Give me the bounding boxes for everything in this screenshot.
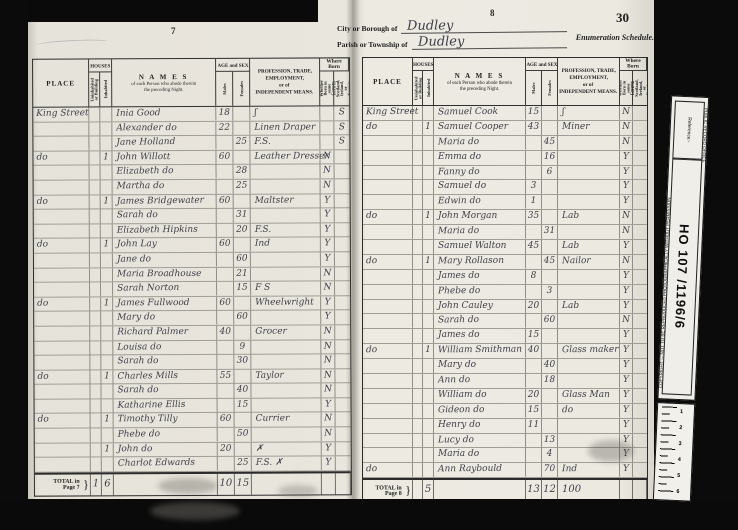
borough-value: Dudley: [401, 19, 567, 34]
stain: [588, 440, 634, 462]
table-cell: 60: [542, 314, 558, 328]
table-row: Martha do25N: [34, 179, 350, 195]
table-cell: King Street: [33, 107, 89, 121]
table-cell: 45: [526, 240, 542, 254]
table-cell: [34, 385, 90, 399]
table-cell: 1: [101, 239, 113, 253]
col-born-county: Whether Born in same County: [320, 71, 334, 105]
table-cell: [423, 270, 434, 284]
table-cell: Y: [321, 194, 335, 208]
table-cell: [542, 121, 558, 135]
table-cell: do: [363, 255, 413, 269]
table-cell: [34, 253, 90, 267]
table-cell: Emma do: [434, 151, 526, 165]
table-cell: 60: [234, 253, 251, 267]
table-cell: Samuel Cook: [434, 106, 526, 121]
table-cell: [90, 326, 101, 340]
col-houses: HOUSES: [89, 59, 112, 72]
table-cell: [34, 312, 90, 326]
table-cell: [252, 427, 322, 442]
table-cell: [558, 165, 620, 179]
table-cell: [363, 270, 413, 284]
table-cell: [558, 225, 620, 239]
table-cell: ✗: [252, 442, 322, 456]
table-cell: [633, 166, 647, 180]
table-cell: 18: [216, 107, 233, 121]
table-cell: [542, 240, 558, 254]
table-cell: [217, 311, 234, 325]
table-cell: 60: [217, 297, 234, 311]
table-cell: [91, 443, 102, 457]
table-cell: [542, 180, 558, 194]
table-cell: [363, 448, 413, 462]
stain: [150, 502, 240, 520]
table-cell: [101, 210, 113, 224]
table-cell: Inia Good: [112, 106, 216, 121]
table-cell: Y: [321, 238, 335, 252]
table-cell: Mary Rollason: [434, 255, 526, 270]
table-cell: Y: [620, 285, 633, 299]
ruler-number: 2: [679, 425, 682, 431]
table-row: Jane Holland25F.S.S: [33, 135, 349, 151]
table-cell: [101, 355, 113, 369]
table-cell: [558, 270, 620, 284]
table-cell: [363, 404, 413, 418]
table-cell: [34, 341, 90, 355]
table-cell: N: [620, 314, 633, 328]
table-cell: Sarah Norton: [113, 282, 217, 297]
table-cell: Edwin do: [434, 195, 526, 210]
borough-label: City or Borough of: [337, 24, 397, 33]
table-cell: Sarah do: [434, 314, 526, 329]
table-cell: [413, 136, 423, 150]
table-cell: Sarah do: [113, 384, 217, 398]
table-cell: [251, 179, 321, 193]
col-females: Females: [233, 72, 250, 106]
table-cell: [363, 359, 413, 373]
table-cell: [101, 341, 113, 355]
table-cell: [90, 385, 101, 399]
table-cell: Jane Holland: [112, 136, 216, 151]
table-cell: [413, 404, 423, 418]
table-cell: 31: [542, 225, 558, 239]
table-cell: 31: [234, 209, 251, 223]
table-cell: Katharine Ellis: [113, 398, 217, 413]
col-place: PLACE: [363, 58, 413, 105]
ruler-number: 4: [678, 457, 681, 463]
table-cell: N: [620, 106, 633, 120]
table-cell: [423, 389, 434, 403]
ruler-number: 3: [678, 441, 681, 447]
table-cell: [101, 326, 113, 340]
table-cell: Mary do: [434, 359, 526, 373]
table-cell: Y: [321, 311, 335, 325]
table-cell: [633, 136, 647, 150]
table-cell: Phebe do: [434, 284, 526, 299]
table-row: Edwin do1Y: [363, 195, 647, 210]
table-cell: 60: [217, 194, 234, 208]
table-cell: do: [33, 151, 89, 165]
table-cell: [100, 136, 112, 150]
table-cell: Maria do: [434, 135, 526, 150]
table-cell: [413, 329, 423, 343]
table-cell: [102, 428, 114, 442]
table-cell: [413, 285, 423, 299]
table-cell: [413, 419, 423, 433]
table-cell: Gideon do: [434, 403, 526, 418]
folio-number: 30: [616, 10, 629, 26]
table-cell: Y: [620, 180, 633, 194]
table-cell: [251, 209, 321, 223]
table-cell: do: [363, 344, 413, 358]
table-cell: [633, 448, 647, 462]
stain: [278, 485, 318, 497]
table-cell: 20: [234, 223, 251, 237]
table-cell: [526, 285, 542, 299]
table-cell: Y: [620, 463, 633, 477]
table-cell: [33, 136, 89, 150]
col-profession: PROFESSION, TRADE, EMPLOYMENT, or of IND…: [558, 58, 620, 105]
table-cell: do: [34, 195, 90, 209]
table-cell: [633, 389, 647, 403]
col-where-born: Where Born: [620, 58, 647, 71]
table-cell: do: [34, 239, 90, 253]
table-cell: [423, 166, 434, 180]
table-cell: [423, 240, 434, 254]
table-row: Elizabeth do28N: [34, 165, 350, 181]
table-cell: [633, 419, 647, 433]
table-cell: Y: [620, 300, 633, 314]
table-cell: 25: [235, 457, 252, 471]
table-cell: [363, 389, 413, 403]
page-number-right: 8: [490, 8, 495, 18]
census-scan-viewport: 7 PLACE HOUSES Uninhabited or Building I…: [0, 0, 738, 530]
table-cell: Timothy Tilly: [114, 413, 218, 427]
table-cell: Wheelwright: [251, 296, 321, 310]
table-cell: 50: [235, 428, 252, 442]
table-cell: 15: [526, 404, 542, 418]
table-cell: Glass maker: [558, 344, 620, 358]
table-cell: [413, 255, 423, 269]
table-row: doAnn Raybould70IndY: [363, 463, 647, 478]
table-cell: Lab: [558, 240, 620, 254]
table-cell: F.S.: [250, 135, 320, 150]
table-cell: [423, 434, 434, 448]
table-cell: [101, 385, 113, 399]
table-cell: Alexander do: [112, 121, 216, 135]
table-cell: [633, 195, 647, 209]
table-row: James do15Y: [363, 329, 647, 344]
table-cell: [413, 240, 423, 254]
table-cell: 1: [100, 151, 112, 165]
table-cell: [363, 314, 413, 328]
table-cell: [101, 312, 113, 326]
table-cell: Y: [620, 195, 633, 209]
film-border-top: [0, 0, 318, 22]
table-cell: Lab: [558, 210, 620, 224]
table-header-left: PLACE HOUSES Uninhabited or Building Inh…: [33, 58, 349, 107]
table-cell: [91, 458, 102, 472]
table-cell: [558, 374, 620, 388]
table-cell: [90, 312, 101, 326]
table-cell: [526, 151, 542, 165]
table-row: Louisa do9N: [34, 340, 350, 356]
table-cell: [558, 359, 620, 373]
table-cell: 4: [542, 448, 558, 462]
col-inhabited: Inhabited: [100, 72, 112, 106]
table-cell: [216, 165, 233, 179]
table-cell: 1: [423, 210, 434, 224]
ruler-numbers: 123456: [676, 404, 684, 500]
census-page-right: PLACE HOUSES Uninhabited or Building Inh…: [352, 0, 654, 499]
table-cell: [526, 374, 542, 388]
table-cell: [413, 448, 423, 462]
total-females: 15: [235, 474, 252, 495]
table-cell: N: [321, 179, 335, 193]
document-paper: 7 PLACE HOUSES Uninhabited or Building I…: [28, 0, 654, 499]
table-cell: 30: [234, 355, 251, 369]
table-cell: [363, 195, 413, 209]
table-cell: [363, 240, 413, 254]
table-cell: [413, 195, 423, 209]
table-cell: [526, 255, 542, 269]
table-cell: 20: [526, 300, 542, 314]
table-cell: [251, 267, 321, 281]
table-cell: [633, 210, 647, 224]
table-cell: Henry do: [434, 419, 526, 433]
table-cell: N: [620, 225, 633, 239]
col-uninhabited: Uninhabited or Building: [413, 71, 423, 105]
table-cell: 35: [526, 210, 542, 224]
table-cell: [413, 225, 423, 239]
table-cell: [423, 195, 434, 209]
table-row: Samuel do3Y: [363, 180, 647, 195]
table-cell: [216, 136, 233, 150]
table-cell: King Street: [363, 106, 413, 120]
table-cell: [320, 106, 334, 120]
table-cell: [34, 268, 90, 282]
table-cell: [101, 399, 113, 413]
table-cell: [251, 355, 321, 369]
table-cell: [35, 457, 91, 471]
table-cell: [542, 210, 558, 224]
table-cell: [526, 136, 542, 150]
table-cell: [251, 310, 321, 325]
table-cell: [423, 285, 434, 299]
table-cell: N: [320, 150, 334, 164]
table-row: Sarah do31Y: [34, 208, 350, 224]
table-cell: Y: [322, 442, 336, 456]
table-cell: [217, 384, 234, 398]
table-cell: 60: [234, 311, 251, 325]
table-cell: [558, 314, 620, 328]
table-cell: [633, 121, 647, 135]
table-cell: 3: [526, 180, 542, 194]
table-cell: [217, 180, 234, 194]
table-cell: [413, 359, 423, 373]
census-page-left: 7 PLACE HOUSES Uninhabited or Building I…: [28, 0, 352, 499]
table-cell: [234, 369, 251, 383]
table-cell: Samuel do: [434, 180, 526, 194]
table-cell: N: [320, 165, 334, 179]
table-cell: Sarah do: [113, 209, 217, 223]
table-cell: Y: [321, 252, 335, 266]
table-cell: [526, 225, 542, 239]
table-cell: 1: [101, 297, 113, 311]
col-males: Males: [526, 71, 542, 105]
table-cell: 25: [233, 136, 250, 150]
table-cell: [633, 359, 647, 373]
table-cell: 1: [423, 344, 434, 358]
table-row: do1Mary Rollason45NailorN: [363, 255, 647, 270]
table-cell: 16: [542, 151, 558, 165]
table-cell: [558, 151, 620, 165]
table-cell: [101, 282, 113, 296]
table-cell: 9: [234, 340, 251, 354]
table-row: Charlot Edwards25F.S. ✗Y: [35, 457, 351, 473]
table-cell: [217, 340, 234, 354]
table-cell: [251, 340, 321, 355]
table-cell: [217, 399, 234, 413]
table-cell: N: [322, 427, 336, 441]
table-cell: 40: [526, 344, 542, 358]
table-cell: [89, 107, 100, 121]
table-row: King StreetSamuel Cook15ʃN: [363, 106, 647, 121]
table-cell: James do: [434, 270, 526, 284]
table-cell: [100, 122, 112, 136]
table-cell: N: [620, 136, 633, 150]
table-cell: [413, 389, 423, 403]
table-cell: [35, 443, 91, 457]
total-row-right: TOTAL inPage 8 } 5 13 12 100: [363, 478, 647, 501]
table-row: Mary do40Y: [363, 359, 647, 374]
table-row: do1Charles Mills55TaylorN: [34, 369, 350, 385]
table-cell: [423, 329, 434, 343]
table-row: Emma do16Y: [363, 151, 647, 166]
table-row: Henry do11Y: [363, 419, 647, 434]
table-row: do1Samuel Cooper43MinerN: [363, 121, 647, 136]
table-row: Sarah do40N: [34, 384, 350, 400]
table-cell: Richard Palmer: [113, 326, 217, 340]
table-cell: [217, 267, 234, 281]
table-cell: Ind: [558, 463, 620, 477]
table-cell: [363, 329, 413, 343]
table-cell: ʃ: [558, 106, 620, 120]
table-cell: [423, 359, 434, 373]
table-cell: Maria do: [434, 448, 526, 462]
table-cell: John do: [114, 443, 218, 457]
table-cell: [423, 300, 434, 314]
table-cell: Y: [322, 457, 336, 471]
table-cell: F.S. ✗: [252, 456, 322, 471]
table-cell: [90, 297, 101, 311]
table-cell: [423, 374, 434, 388]
table-cell: [542, 344, 558, 358]
table-row: James do8Y: [363, 270, 647, 285]
table-cell: [633, 463, 647, 477]
table-cell: Y: [321, 398, 335, 412]
table-row: Richard Palmer40GrocerN: [34, 325, 350, 341]
table-cell: [633, 300, 647, 314]
table-body-left: King StreetInia Good18ʃSAlexander do22Li…: [33, 106, 351, 472]
table-row: John Cauley20LabY: [363, 300, 647, 315]
table-cell: John Morgan: [434, 210, 526, 224]
table-cell: [526, 359, 542, 373]
table-cell: 15: [234, 282, 251, 296]
table-cell: 1: [423, 255, 434, 269]
table-cell: [35, 428, 91, 442]
table-cell: [423, 463, 434, 477]
table-cell: Ind: [251, 238, 321, 252]
table-cell: [101, 180, 113, 194]
table-cell: [233, 121, 250, 135]
table-cell: Grocer: [251, 325, 321, 339]
col-age-sex: AGE and SEX: [216, 59, 250, 72]
table-cell: 28: [233, 165, 250, 179]
table-cell: N: [321, 281, 335, 295]
table-cell: [363, 180, 413, 194]
table-cell: [90, 370, 101, 384]
table-cell: Y: [620, 151, 633, 165]
table-cell: [34, 224, 90, 238]
enumeration-schedule-label: Enumeration Schedule.: [556, 33, 654, 42]
reference-label: Reference:-: [672, 101, 705, 160]
table-cell: 15: [526, 329, 542, 343]
table-cell: [413, 344, 423, 358]
table-cell: 20: [218, 442, 235, 456]
table-cell: 60: [217, 238, 234, 252]
table-cell: [102, 458, 114, 472]
table-cell: [633, 106, 647, 120]
table-cell: 20: [526, 389, 542, 403]
table-row: do1William Smithman40Glass makerY: [363, 344, 647, 359]
table-cell: 55: [217, 369, 234, 383]
stain: [158, 478, 218, 494]
table-cell: [250, 165, 320, 180]
table-cell: [251, 252, 321, 267]
table-cell: N: [322, 413, 336, 427]
ruler-major-ticks: [658, 406, 677, 497]
table-cell: [633, 329, 647, 343]
table-cell: [542, 389, 558, 403]
table-row: Jane do60Y: [34, 252, 350, 268]
table-cell: N: [321, 369, 335, 383]
table-cell: [234, 296, 251, 310]
table-cell: [542, 270, 558, 284]
table-cell: [423, 419, 434, 433]
col-houses: HOUSES: [413, 58, 434, 71]
table-cell: 15: [526, 106, 542, 120]
table-cell: William Smithman: [434, 344, 526, 359]
table-cell: [218, 457, 235, 471]
table-cell: [101, 253, 113, 267]
col-age-sex: AGE and SEX: [526, 58, 558, 71]
table-cell: [633, 255, 647, 269]
col-names: N A M E S of each Person who abode there…: [112, 59, 216, 106]
table-cell: do: [35, 414, 91, 428]
table-cell: Phebe do: [114, 427, 218, 442]
table-cell: [542, 106, 558, 120]
table-cell: [633, 374, 647, 388]
table-cell: [90, 355, 101, 369]
table-cell: [90, 224, 101, 238]
table-cell: Martha do: [113, 180, 217, 194]
table-cell: 15: [234, 399, 251, 413]
ruler-number: 5: [677, 473, 680, 479]
table-cell: [413, 210, 423, 224]
table-cell: [89, 122, 100, 136]
table-cell: [89, 137, 100, 151]
